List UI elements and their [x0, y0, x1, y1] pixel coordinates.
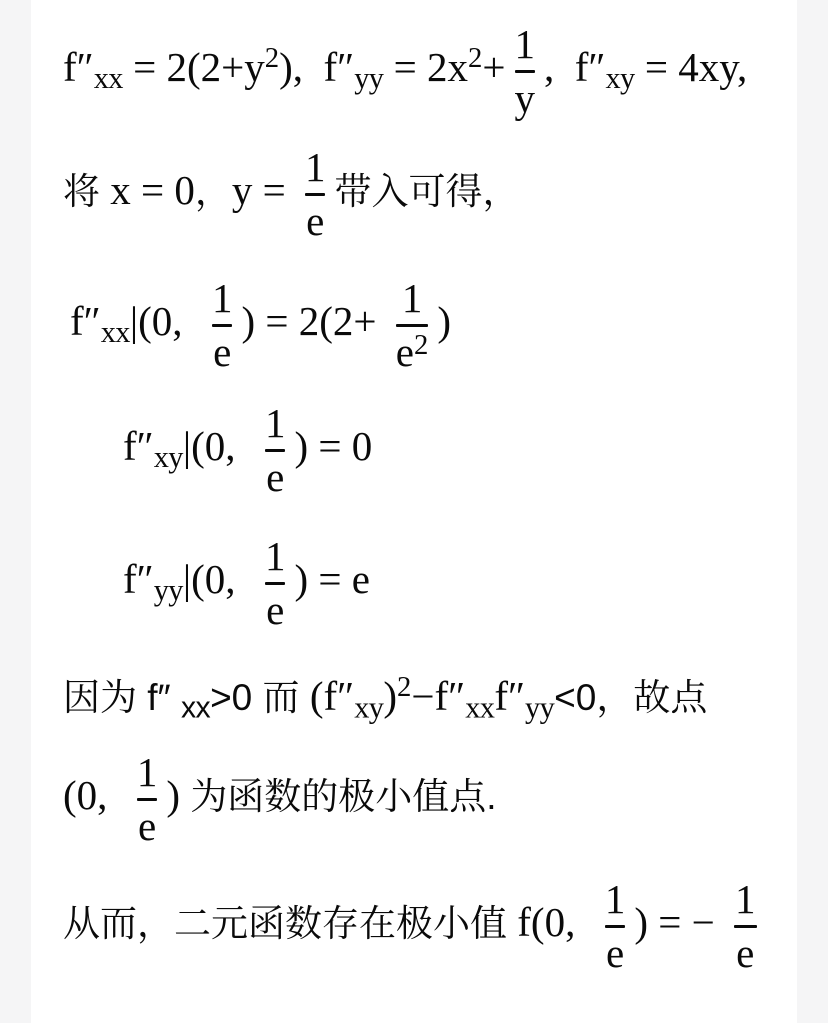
math-text: ) [383, 673, 397, 719]
math-text: y = [232, 167, 296, 213]
math-text: ) [437, 298, 451, 344]
fraction-denominator: e [138, 801, 156, 847]
math-text: (f″ [310, 673, 354, 719]
subscript: xx [94, 61, 123, 95]
math-text: ) = e [294, 556, 369, 602]
superscript: 2 [468, 42, 482, 74]
line-minimum-point: (0, 1e) 为函数的极小值点. [63, 752, 791, 847]
math-text: = 2(2+y [123, 44, 265, 90]
math-text: |(0, [183, 423, 256, 469]
line-minimum-value: 从而，二元函数存在极小值 f(0, 1e) = − 1e [63, 879, 791, 974]
fraction-denominator: e [736, 928, 754, 974]
fraction-numerator: 1 [402, 278, 423, 324]
line-extremum-test: 因为 f″ xx>0 而 (f″xy)2−f″xxf″yy<0，故点 [63, 673, 791, 720]
math-text: + [482, 44, 505, 90]
math-text: ) = − [634, 899, 725, 945]
math-text: f″ [70, 298, 101, 344]
fraction: 1e [265, 403, 286, 498]
math-text: f″ [123, 556, 154, 602]
fraction-numerator: 1 [265, 536, 286, 582]
fraction-numerator: 1 [305, 147, 326, 193]
fraction-numerator: 1 [605, 879, 626, 925]
math-text: ), [279, 44, 323, 90]
math-text: |(0, [183, 556, 256, 602]
math-solution-page: f″xx = 2(2+y2), f″yy = 2x2+1y, f″xy = 4x… [31, 0, 797, 1023]
math-text: = 4xy, [635, 44, 748, 90]
fraction-denominator: e [306, 196, 324, 242]
fraction-denominator: e [266, 452, 284, 498]
chinese-text: 从而，二元函数存在极小值 [63, 903, 517, 944]
math-text: x = 0 [110, 167, 195, 213]
math-text: f″ [63, 44, 94, 90]
chinese-text: 带入可得， [335, 171, 520, 212]
fraction: 1e [265, 536, 286, 631]
subscript: xy [605, 61, 634, 95]
line-fxy-evaluated: f″xy|(0, 1e) = 0 [123, 403, 791, 498]
subscript: yy [154, 573, 183, 607]
math-text: (0, [63, 772, 128, 818]
fraction: 1e [212, 278, 233, 373]
math-text: ) [166, 772, 190, 818]
superscript: 2 [397, 671, 411, 703]
fraction-denominator: e [213, 327, 231, 373]
fraction-denominator: e [606, 928, 624, 974]
fraction-denominator: y [514, 73, 535, 119]
chinese-text: ， [195, 171, 232, 212]
chinese-text: 因为 f″ [63, 677, 181, 718]
fraction: 1e [305, 147, 326, 242]
math-text: f″ [494, 673, 525, 719]
line-second-derivatives: f″xx = 2(2+y2), f″yy = 2x2+1y, f″xy = 4x… [63, 24, 791, 119]
fraction-denominator: e2 [396, 327, 429, 373]
fraction: 1e [137, 752, 158, 847]
chinese-text: >0 而 [210, 677, 310, 718]
math-text: f″ [123, 423, 154, 469]
math-text: = 2x [383, 44, 468, 90]
subscript: xy [354, 690, 383, 724]
math-text: f(0, [517, 899, 596, 945]
chinese-text: 将 [63, 171, 110, 212]
fraction: 1e [734, 879, 757, 974]
fraction-denominator: e [266, 585, 284, 631]
fraction: 1y [514, 24, 535, 119]
math-text: , [544, 44, 575, 90]
math-text: |(0, [130, 298, 203, 344]
fraction: 1e [605, 879, 626, 974]
math-text: ) = 0 [294, 423, 372, 469]
superscript: 2 [265, 42, 279, 74]
line-fyy-evaluated: f″yy|(0, 1e) = e [123, 536, 791, 631]
fraction-numerator: 1 [514, 24, 535, 70]
math-text: ) = 2(2+ [241, 298, 386, 344]
subscript: xx [181, 691, 210, 724]
fraction-numerator: 1 [735, 879, 756, 925]
fraction-numerator: 1 [265, 403, 286, 449]
subscript: xx [101, 315, 130, 349]
fraction: 1e2 [396, 278, 429, 373]
line-fxx-evaluated: f″xx|(0, 1e) = 2(2+ 1e2) [70, 278, 791, 373]
fraction-numerator: 1 [212, 278, 233, 324]
subscript: yy [354, 61, 383, 95]
math-text: f″ [324, 44, 355, 90]
math-text: f″ [575, 44, 606, 90]
fraction-numerator: 1 [137, 752, 158, 798]
subscript: xy [154, 440, 183, 474]
line-substitution: 将 x = 0，y = 1e带入可得， [63, 147, 791, 242]
superscript: 2 [414, 329, 428, 361]
chinese-text: <0，故点 [554, 677, 707, 718]
subscript: yy [525, 690, 554, 724]
math-text: −f″ [411, 673, 465, 719]
subscript: xx [465, 690, 494, 724]
chinese-text: 为函数的极小值点. [190, 776, 496, 817]
